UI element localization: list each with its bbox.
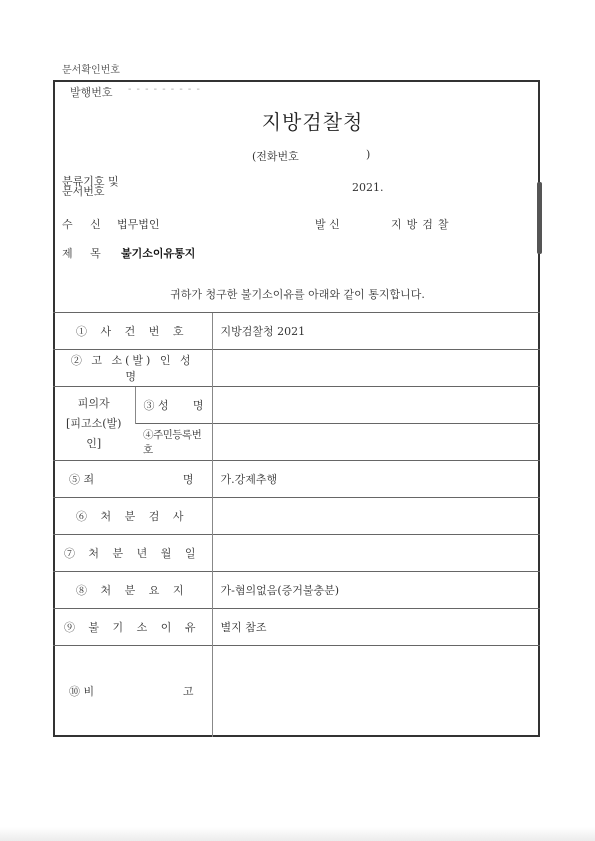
table-row-non-prosecution-reason: ⑨ 불 기 소 이 유 별지 참조 — [53, 609, 540, 646]
table-row-disposition-date: ⑦ 처 분 년 월 일 — [53, 535, 540, 572]
recipient-label: 수 신 — [62, 216, 101, 232]
suspect-rrn-label: ④주민등록번호 — [135, 424, 212, 461]
sender-value: 지방검찰 — [391, 216, 454, 232]
prosecutor-value — [212, 498, 540, 535]
suspect-name-label-left: ③ 성 — [144, 397, 169, 413]
classification-label-line2: 문서번호 — [62, 187, 119, 197]
charge-value: 가.강제추행 — [212, 461, 540, 498]
issue-number-value: - - - - - - - - - — [128, 84, 201, 95]
suspect-name-label-right: 명 — [193, 397, 204, 413]
prosecutor-label: ⑥ 처 분 검 사 — [53, 498, 212, 535]
suspect-name-label: ③ 성 명 — [135, 387, 212, 424]
suspect-name-value — [212, 387, 540, 424]
doc-check-number-label: 문서확인번호 — [62, 61, 120, 76]
charge-label-right: 명 — [183, 471, 194, 487]
notice-table: ① 사 건 번 호 지방검찰청 2021 ② 고 소(발) 인 성 명 피의자 … — [53, 312, 540, 737]
table-row-prosecutor: ⑥ 처 분 검 사 — [53, 498, 540, 535]
disposition-date-label: ⑦ 처 분 년 월 일 — [53, 535, 212, 572]
table-row-suspect-name: 피의자 [피고소(발)인] ③ 성 명 — [53, 387, 540, 424]
complainant-value — [212, 350, 540, 387]
suspect-group-label: 피의자 [피고소(발)인] — [53, 387, 135, 461]
recipient-value: 법무법인 — [117, 216, 160, 232]
document-date: 2021. — [352, 181, 384, 194]
case-number-label: ① 사 건 번 호 — [53, 313, 212, 350]
classification-label: 분류기호 및 문서번호 — [62, 177, 119, 197]
charge-label-left: ⑤ 죄 — [69, 471, 94, 487]
non-prosecution-reason-label: ⑨ 불 기 소 이 유 — [53, 609, 212, 646]
remarks-value — [212, 646, 540, 737]
suspect-group-label-line2: [피고소(발)인] — [61, 414, 127, 454]
sender-label: 발 신 — [315, 216, 340, 232]
disposition-summary-label: ⑧ 처 분 요 지 — [53, 572, 212, 609]
disposition-summary-value: 가-혐의없음(증거불충분) — [212, 572, 540, 609]
notice-text: 귀하가 청구한 불기소이유를 아래와 같이 통지합니다. — [0, 286, 595, 302]
scan-shade — [0, 827, 595, 841]
phone-close-paren: ) — [366, 148, 370, 161]
scan-edge-mark — [537, 182, 542, 254]
subject-label: 제 목 — [62, 245, 101, 261]
remarks-label-right: 고 — [183, 683, 194, 699]
remarks-label-left: ⑩ 비 — [69, 683, 94, 699]
subject-value: 불기소이유통지 — [121, 245, 195, 261]
table-row-case-number: ① 사 건 번 호 지방검찰청 2021 — [53, 313, 540, 350]
non-prosecution-reason-value: 별지 참조 — [212, 609, 540, 646]
disposition-date-value — [212, 535, 540, 572]
complainant-label: ② 고 소(발) 인 성 명 — [53, 350, 212, 387]
charge-label: ⑤ 죄 명 — [53, 461, 212, 498]
remarks-label: ⑩ 비 고 — [53, 646, 212, 737]
suspect-rrn-value — [212, 424, 540, 461]
phone-label: (전화번호 — [252, 148, 299, 164]
table-row-disposition-summary: ⑧ 처 분 요 지 가-혐의없음(증거불충분) — [53, 572, 540, 609]
table-row-charge: ⑤ 죄 명 가.강제추행 — [53, 461, 540, 498]
issue-number-label: 발행번호 — [70, 84, 113, 100]
table-row-remarks: ⑩ 비 고 — [53, 646, 540, 737]
suspect-group-label-line1: 피의자 — [61, 394, 127, 414]
case-number-value: 지방검찰청 2021 — [212, 313, 540, 350]
agency-title: 지방검찰청 — [0, 106, 595, 135]
table-row-complainant: ② 고 소(발) 인 성 명 — [53, 350, 540, 387]
